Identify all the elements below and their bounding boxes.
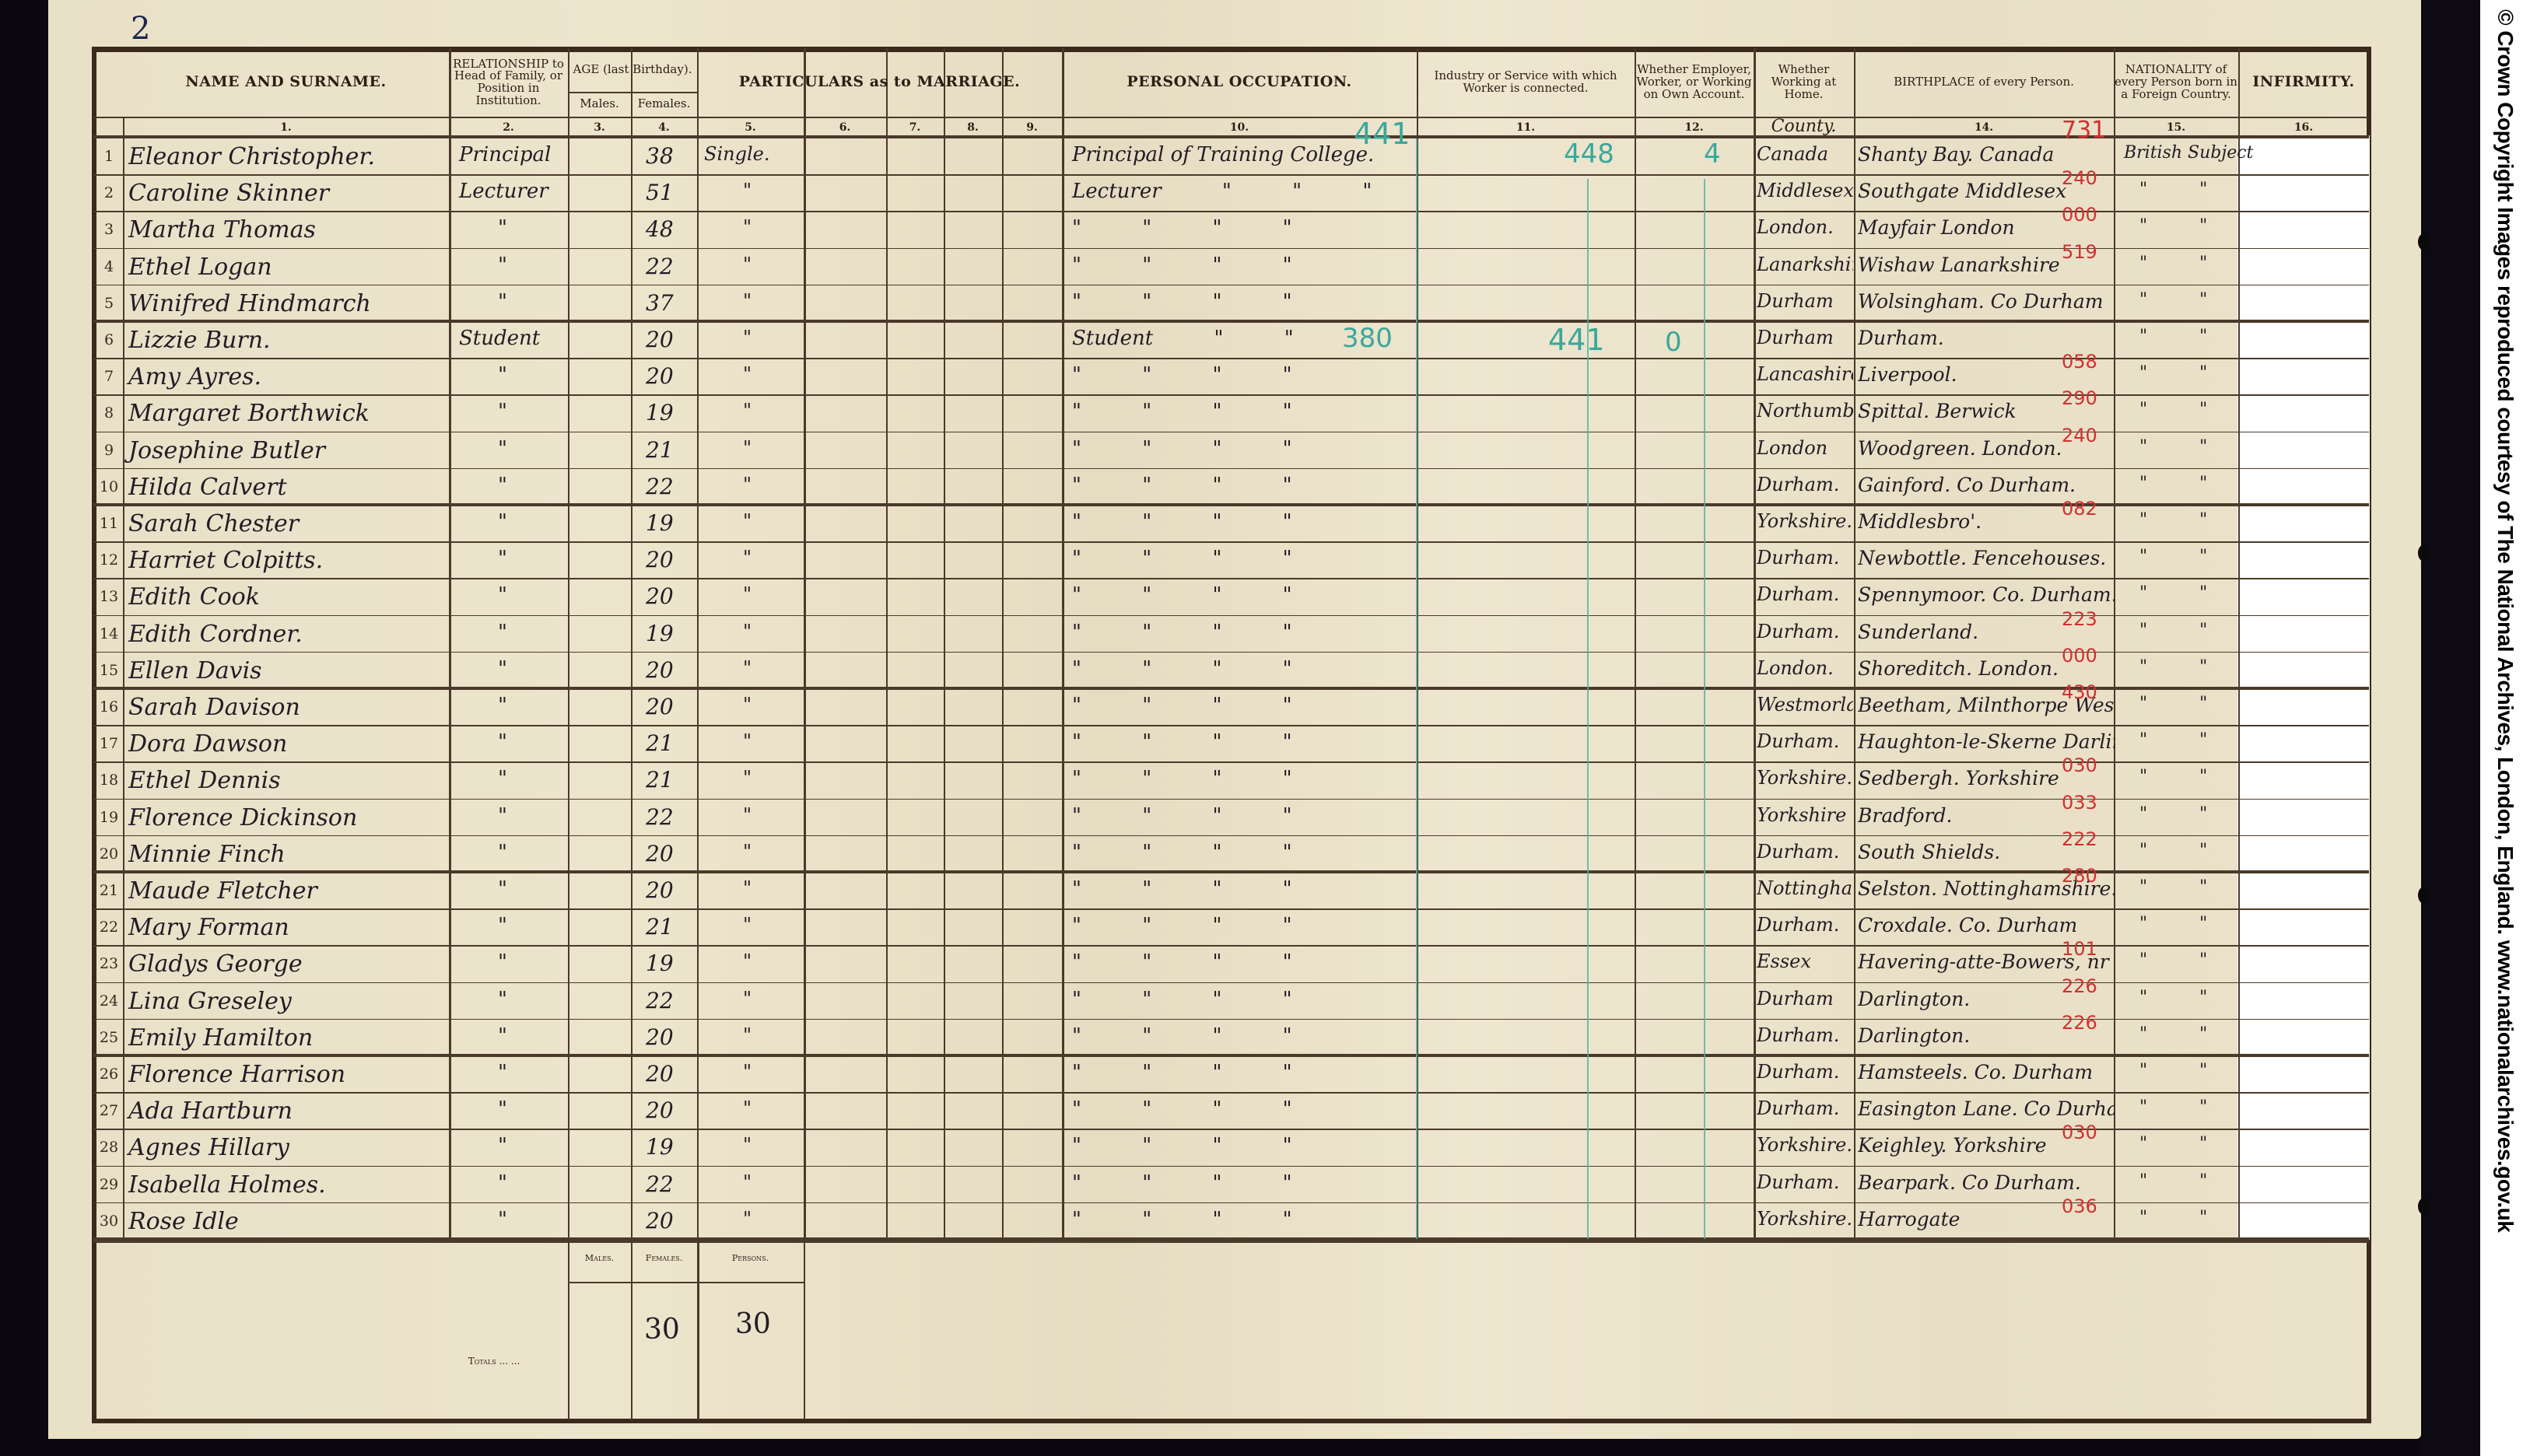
column-rule xyxy=(886,48,888,1240)
relationship-cell: " xyxy=(498,400,507,423)
age-female-cell: 21 xyxy=(646,437,674,463)
birthplace-cell: Hamsteels. Co. Durham xyxy=(1858,1061,2093,1083)
county-cell: Durham. xyxy=(1757,841,1839,863)
coding-annotation: 380 xyxy=(1342,323,1393,354)
column-rule xyxy=(449,48,451,1240)
occupation-cell: " " " " xyxy=(1072,694,1292,717)
row-number: 11 xyxy=(96,515,121,532)
column-rule xyxy=(1854,48,1855,1240)
occupation-cell: " " " " xyxy=(1072,400,1292,423)
birthplace-code: 000 xyxy=(2062,204,2097,226)
row-rule xyxy=(93,211,2369,212)
row-number: 19 xyxy=(96,809,121,826)
age-female-cell: 19 xyxy=(646,510,674,536)
marriage-cell: " xyxy=(743,180,752,201)
marriage-cell: " xyxy=(743,841,752,863)
age-female-cell: 38 xyxy=(646,143,674,169)
birthplace-code: 000 xyxy=(2062,645,2097,667)
relationship-cell: Principal xyxy=(459,143,551,166)
person-name: Harriet Colpitts. xyxy=(128,547,323,574)
county-cell: Essex xyxy=(1757,950,1811,972)
header-marriage: PARTICULARS as to MARRIAGE. xyxy=(697,48,1062,117)
row-rule xyxy=(93,835,2369,837)
occupation-cell: " " " " xyxy=(1072,841,1292,864)
row-rule xyxy=(93,799,2369,800)
relationship-cell: Student xyxy=(459,327,540,350)
county-cell: Lanarkshire. xyxy=(1757,254,1853,275)
person-name: Winifred Hindmarch xyxy=(128,290,371,317)
occupation-cell: " " " " xyxy=(1072,877,1292,901)
age-female-cell: 19 xyxy=(646,621,674,646)
relationship-cell: " xyxy=(498,1097,507,1121)
relationship-cell: " xyxy=(498,1061,507,1084)
copyright-text: © Crown Copyright Images reproduced cour… xyxy=(2493,9,2518,1232)
header-females: Females. xyxy=(631,92,697,117)
nationality-cell: " " xyxy=(2139,216,2207,236)
nationality-cell: " " xyxy=(2139,583,2207,603)
row-rule xyxy=(93,432,2369,433)
birthplace-code: 036 xyxy=(2062,1195,2097,1217)
row-number: 29 xyxy=(96,1176,121,1193)
totals-rule xyxy=(93,1240,2369,1243)
birthplace-code: 030 xyxy=(2062,1122,2097,1143)
age-female-cell: 20 xyxy=(646,657,674,683)
birthplace-code: 240 xyxy=(2062,425,2097,446)
nationality-cell: British Subject xyxy=(2124,143,2253,163)
county-cell: London xyxy=(1757,437,1827,459)
nationality-cell: " " xyxy=(2139,804,2207,824)
occupation-cell: Principal of Training College. xyxy=(1072,143,1374,166)
column-number: 8. xyxy=(944,121,1002,134)
nationality-cell: " " xyxy=(2139,767,2207,786)
relationship-cell: Lecturer xyxy=(459,180,548,203)
column-rule xyxy=(1635,48,1636,1240)
column-rule xyxy=(1002,48,1004,1240)
age-female-cell: 22 xyxy=(646,804,674,830)
person-name: Mary Forman xyxy=(128,914,289,941)
row-number: 2 xyxy=(96,184,121,201)
age-female-cell: 20 xyxy=(646,841,674,866)
county-cell: Yorkshire. xyxy=(1757,1134,1852,1156)
county-cell: Durham xyxy=(1757,988,1834,1010)
birthplace-cell: Shoreditch. London. xyxy=(1858,657,2059,680)
occupation-cell: " " " " xyxy=(1072,1134,1292,1157)
row-rule xyxy=(93,248,2369,250)
occupation-cell: " " " " xyxy=(1072,474,1292,497)
age-female-cell: 20 xyxy=(646,547,674,572)
scan-edge xyxy=(2421,0,2480,1456)
relationship-cell: " xyxy=(498,474,507,497)
row-rule xyxy=(93,320,2369,323)
county-cell: Westmorland. xyxy=(1757,694,1853,716)
nationality-cell: " " xyxy=(2139,877,2207,897)
occupation-cell: " " " " xyxy=(1072,914,1292,937)
nationality-cell: " " xyxy=(2139,180,2207,199)
totals-column-rule xyxy=(631,1240,632,1420)
county-cell: Canada xyxy=(1757,143,1828,165)
county-cell: Durham. xyxy=(1757,583,1839,605)
birthplace-cell: Bradford. xyxy=(1858,804,1952,827)
age-female-cell: 21 xyxy=(646,730,674,756)
age-female-cell: 37 xyxy=(646,290,674,316)
relationship-cell: " xyxy=(498,547,507,570)
row-number: 17 xyxy=(96,735,121,752)
occupation-cell: " " " " xyxy=(1072,1061,1292,1084)
relationship-cell: " xyxy=(498,216,507,240)
nationality-cell: " " xyxy=(2139,290,2207,310)
occupation-cell: " " " " xyxy=(1072,730,1292,754)
nationality-cell: " " xyxy=(2139,657,2207,677)
birthplace-code: 058 xyxy=(2062,351,2097,373)
row-rule xyxy=(93,687,2369,690)
column-rule xyxy=(631,48,632,1240)
nationality-cell: " " xyxy=(2139,363,2207,383)
birthplace-cell: Woodgreen. London. xyxy=(1858,437,2062,460)
birthplace-cell: Bearpark. Co Durham. xyxy=(1858,1171,2081,1194)
row-number: 24 xyxy=(96,992,121,1010)
punch-hole xyxy=(2418,1198,2430,1215)
marriage-cell: " xyxy=(743,1061,752,1083)
county-cell: Nottinghamshire xyxy=(1757,877,1853,899)
punch-hole xyxy=(2418,887,2430,904)
column-number: 3. xyxy=(568,121,631,134)
person-name: Florence Dickinson xyxy=(128,804,357,831)
birthplace-cell: Wishaw Lanarkshire xyxy=(1858,254,2060,276)
row-number: 3 xyxy=(96,221,121,238)
county-cell: Durham. xyxy=(1757,474,1839,495)
row-rule xyxy=(93,945,2369,947)
row-number: 26 xyxy=(96,1066,121,1083)
occupation-cell: " " " " xyxy=(1072,1024,1292,1048)
relationship-cell: " xyxy=(498,1171,507,1195)
coding-annotation: 448 xyxy=(1564,138,1614,170)
person-name: Isabella Holmes. xyxy=(128,1171,326,1199)
county-cell: Durham. xyxy=(1757,730,1839,752)
column-rule xyxy=(944,48,945,1240)
row-number: 15 xyxy=(96,662,121,679)
county-cell: Durham xyxy=(1757,290,1834,312)
row-rule xyxy=(93,394,2369,396)
header-infirmity: INFIRMITY. xyxy=(2238,48,2369,117)
copyright-banner: © Crown Copyright Images reproduced cour… xyxy=(2480,0,2530,1456)
birthplace-cell: Easington Lane. Co Durham xyxy=(1858,1097,2115,1120)
header-rule-thick xyxy=(93,135,2369,138)
marriage-cell: " xyxy=(743,621,752,642)
marriage-cell: " xyxy=(743,1097,752,1119)
person-name: Ethel Logan xyxy=(128,254,272,281)
person-name: Agnes Hillary xyxy=(128,1134,289,1161)
row-number: 18 xyxy=(96,772,121,789)
nationality-cell: " " xyxy=(2139,547,2207,566)
row-number: 4 xyxy=(96,258,121,275)
marriage-cell: " xyxy=(743,1024,752,1046)
birthplace-code: 519 xyxy=(2062,241,2097,263)
header-age: AGE (last Birthday). xyxy=(568,48,697,92)
header-males: Males. xyxy=(568,92,631,117)
birthplace-code: 430 xyxy=(2062,681,2097,703)
column-number: 11. xyxy=(1417,121,1635,134)
person-name: Ellen Davis xyxy=(128,657,262,684)
row-number: 23 xyxy=(96,955,121,972)
age-female-cell: 20 xyxy=(646,694,674,719)
tally-line xyxy=(1587,179,1589,1239)
row-number: 6 xyxy=(96,331,121,348)
birthplace-cell: Wolsingham. Co Durham xyxy=(1858,290,2104,313)
marriage-cell: " xyxy=(743,657,752,679)
header-industry: Industry or Service with which Worker is… xyxy=(1417,48,1635,117)
relationship-cell: " xyxy=(498,841,507,864)
age-female-cell: 21 xyxy=(646,914,674,940)
relationship-cell: " xyxy=(498,1208,507,1231)
column-number: 1. xyxy=(123,121,449,134)
birthplace-code: 223 xyxy=(2062,608,2097,630)
birthplace-cell: Sunderland. xyxy=(1858,621,1978,643)
person-name: Sarah Chester xyxy=(128,510,299,537)
birthplace-cell: Newbottle. Fencehouses. xyxy=(1858,547,2106,569)
age-female-cell: 22 xyxy=(646,988,674,1013)
birthplace-cell: Spittal. Berwick xyxy=(1858,400,2017,422)
column-rule xyxy=(2238,48,2240,1240)
column-rule xyxy=(2114,48,2115,1240)
nationality-cell: " " xyxy=(2139,841,2207,860)
row-number: 9 xyxy=(96,442,121,459)
nationality-cell: " " xyxy=(2139,400,2207,419)
header-at-home: Whether Working at Home. xyxy=(1754,48,1854,117)
relationship-cell: " xyxy=(498,694,507,717)
occupation-cell: " " " " xyxy=(1072,950,1292,974)
occupation-cell: " " " " xyxy=(1072,767,1292,790)
occupation-cell: " " " " xyxy=(1072,437,1292,460)
row-rule xyxy=(93,578,2369,579)
person-name: Maude Fletcher xyxy=(128,877,317,905)
age-female-cell: 22 xyxy=(646,254,674,279)
column-number: 6. xyxy=(804,121,886,134)
relationship-cell: " xyxy=(498,657,507,681)
occupation-cell: " " " " xyxy=(1072,621,1292,644)
birthplace-code: 082 xyxy=(2062,498,2097,520)
relationship-cell: " xyxy=(498,254,507,277)
marriage-cell: " xyxy=(743,877,752,899)
county-cell: Durham. xyxy=(1757,914,1839,936)
totals-column-rule xyxy=(804,1240,805,1420)
punch-hole xyxy=(2418,544,2430,562)
county-cell: Durham. xyxy=(1757,621,1839,642)
county-cell: London. xyxy=(1757,657,1834,679)
row-rule xyxy=(93,285,2369,286)
column-rule xyxy=(697,48,699,1240)
age-female-cell: 22 xyxy=(646,474,674,499)
birthplace-cell: Gainford. Co Durham. xyxy=(1858,474,2076,496)
coding-annotation: 4 xyxy=(1704,138,1721,170)
age-female-cell: 20 xyxy=(646,327,674,352)
person-name: Lina Greseley xyxy=(128,988,292,1015)
column-number: 7. xyxy=(886,121,944,134)
nationality-cell: " " xyxy=(2139,1061,2207,1080)
row-rule xyxy=(93,652,2369,653)
row-rule xyxy=(93,1202,2369,1204)
occupation-cell: " " " " xyxy=(1072,804,1292,828)
relationship-cell: " xyxy=(498,1134,507,1157)
coding-annotation: 0 xyxy=(1665,327,1682,358)
marriage-cell: " xyxy=(743,327,752,348)
row-rule xyxy=(93,870,2369,873)
county-cell: Durham. xyxy=(1757,1061,1839,1083)
row-number: 10 xyxy=(96,478,121,495)
county-cell: Northumberland xyxy=(1757,400,1853,422)
nationality-cell: " " xyxy=(2139,694,2207,713)
column-number: 5. xyxy=(697,121,804,134)
marriage-cell: " xyxy=(743,804,752,826)
county-cell: Durham. xyxy=(1757,547,1839,569)
row-rule xyxy=(93,468,2369,470)
marriage-cell: " xyxy=(743,290,752,312)
column-number: 15. xyxy=(2114,121,2238,134)
relationship-cell: " xyxy=(498,437,507,460)
marriage-cell: " xyxy=(743,254,752,275)
person-name: Minnie Finch xyxy=(128,841,286,868)
occupation-cell: " " " " xyxy=(1072,1097,1292,1121)
row-rule xyxy=(93,982,2369,984)
column-rule xyxy=(804,48,806,1240)
row-number: 5 xyxy=(96,295,121,312)
relationship-cell: " xyxy=(498,1024,507,1048)
age-female-cell: 19 xyxy=(646,400,674,425)
marriage-cell: " xyxy=(743,767,752,789)
birthplace-cell: Croxdale. Co. Durham xyxy=(1858,914,2077,936)
row-rule xyxy=(93,761,2369,763)
age-female-cell: 51 xyxy=(646,180,674,205)
nationality-cell: " " xyxy=(2139,1024,2207,1044)
row-rule xyxy=(93,1092,2369,1094)
county-cell: Yorkshire xyxy=(1757,804,1846,826)
age-female-cell: 20 xyxy=(646,877,674,903)
birthplace-cell: Durham. xyxy=(1858,327,1944,349)
birthplace-cell: Spennymoor. Co. Durham. xyxy=(1858,583,2115,606)
person-name: Edith Cook xyxy=(128,583,260,611)
total-persons: 30 xyxy=(735,1308,771,1340)
age-female-cell: 20 xyxy=(646,1097,674,1123)
birthplace-cell: Shanty Bay. Canada xyxy=(1858,143,2054,166)
coding-annotation: 441 xyxy=(1354,117,1410,151)
birthplace-code: 290 xyxy=(2062,387,2097,409)
occupation-cell: " " " " xyxy=(1072,254,1292,277)
marriage-cell: " xyxy=(743,363,752,385)
totals-females-label: Females. xyxy=(631,1254,697,1263)
totals-persons-label: Persons. xyxy=(697,1254,804,1263)
nationality-cell: " " xyxy=(2139,988,2207,1007)
marriage-cell: Single. xyxy=(704,143,769,165)
tally-line xyxy=(1704,179,1705,1239)
person-name: Ada Hartburn xyxy=(128,1097,293,1125)
person-name: Dora Dawson xyxy=(128,730,287,758)
marriage-cell: " xyxy=(743,914,752,936)
person-name: Eleanor Christopher. xyxy=(128,143,375,170)
county-cell: Yorkshire. xyxy=(1757,1208,1852,1230)
punch-hole xyxy=(2418,233,2430,250)
birthplace-code: 226 xyxy=(2062,1012,2097,1034)
total-females: 30 xyxy=(644,1314,680,1346)
birthplace-cell: Middlesbro'. xyxy=(1858,510,1982,533)
column-number: 4. xyxy=(631,121,697,134)
age-female-cell: 48 xyxy=(646,216,674,242)
row-rule xyxy=(93,1129,2369,1130)
birthplace-cell: South Shields. xyxy=(1858,841,2000,863)
marriage-cell: " xyxy=(743,694,752,716)
birthplace-cell: Darlington. xyxy=(1858,988,1970,1010)
nationality-cell: " " xyxy=(2139,474,2207,493)
marriage-cell: " xyxy=(743,510,752,532)
birthplace-cell: Sedbergh. Yorkshire xyxy=(1858,767,2059,789)
marriage-cell: " xyxy=(743,1134,752,1156)
county-cell: Durham. xyxy=(1757,1024,1839,1046)
birthplace-code: 222 xyxy=(2062,828,2097,850)
relationship-cell: " xyxy=(498,363,507,387)
county-cell: Durham. xyxy=(1757,1097,1839,1119)
age-female-cell: 20 xyxy=(646,583,674,609)
birthplace-code: 280 xyxy=(2062,865,2097,887)
age-female-cell: 22 xyxy=(646,1171,674,1197)
person-name: Hilda Calvert xyxy=(128,474,287,501)
person-name: Florence Harrison xyxy=(128,1061,345,1088)
county-cell: Durham xyxy=(1757,327,1834,348)
relationship-cell: " xyxy=(498,730,507,754)
person-name: Ethel Dennis xyxy=(128,767,281,794)
birthplace-cell: Southgate Middlesex xyxy=(1858,180,2066,202)
totals-males-label: Males. xyxy=(568,1254,631,1263)
county-cell: Durham. xyxy=(1757,1171,1839,1193)
row-rule xyxy=(93,503,2369,506)
row-number: 16 xyxy=(96,698,121,716)
column-rule xyxy=(1062,48,1064,1240)
row-rule xyxy=(93,725,2369,726)
nationality-cell: " " xyxy=(2139,1171,2207,1191)
marriage-cell: " xyxy=(743,583,752,605)
totals-column-rule xyxy=(697,1240,699,1420)
nationality-cell: " " xyxy=(2139,437,2207,457)
row-number: 28 xyxy=(96,1139,121,1156)
occupation-cell: " " " " xyxy=(1072,216,1292,240)
age-female-cell: 20 xyxy=(646,1061,674,1087)
birthplace-code: 030 xyxy=(2062,754,2097,776)
birthplace-code: 033 xyxy=(2062,792,2097,814)
nationality-cell: " " xyxy=(2139,1134,2207,1153)
person-name: Amy Ayres. xyxy=(128,363,261,390)
column-rule xyxy=(568,48,569,1240)
row-number: 13 xyxy=(96,588,121,605)
person-name: Gladys George xyxy=(128,950,303,978)
row-rule xyxy=(93,541,2369,543)
totals-column-rule xyxy=(568,1240,569,1420)
birthplace-code: 101 xyxy=(2062,938,2097,960)
relationship-cell: " xyxy=(498,290,507,313)
birthplace-cell: Keighley. Yorkshire xyxy=(1858,1134,2047,1157)
nationality-cell: " " xyxy=(2139,254,2207,273)
age-female-cell: 21 xyxy=(646,767,674,793)
person-name: Sarah Davison xyxy=(128,694,300,721)
marriage-cell: " xyxy=(743,216,752,238)
person-name: Martha Thomas xyxy=(128,216,316,243)
occupation-cell: " " " " xyxy=(1072,583,1292,607)
relationship-cell: " xyxy=(498,914,507,937)
nationality-cell: " " xyxy=(2139,327,2207,346)
person-name: Lizzie Burn. xyxy=(128,327,271,354)
birthplace-code-header: 731 xyxy=(2062,117,2106,144)
nationality-cell: " " xyxy=(2139,730,2207,750)
birthplace-code: 226 xyxy=(2062,975,2097,997)
row-rule xyxy=(93,1019,2369,1020)
column-number: 12. xyxy=(1635,121,1754,134)
county-cell: Middlesex xyxy=(1757,180,1853,201)
